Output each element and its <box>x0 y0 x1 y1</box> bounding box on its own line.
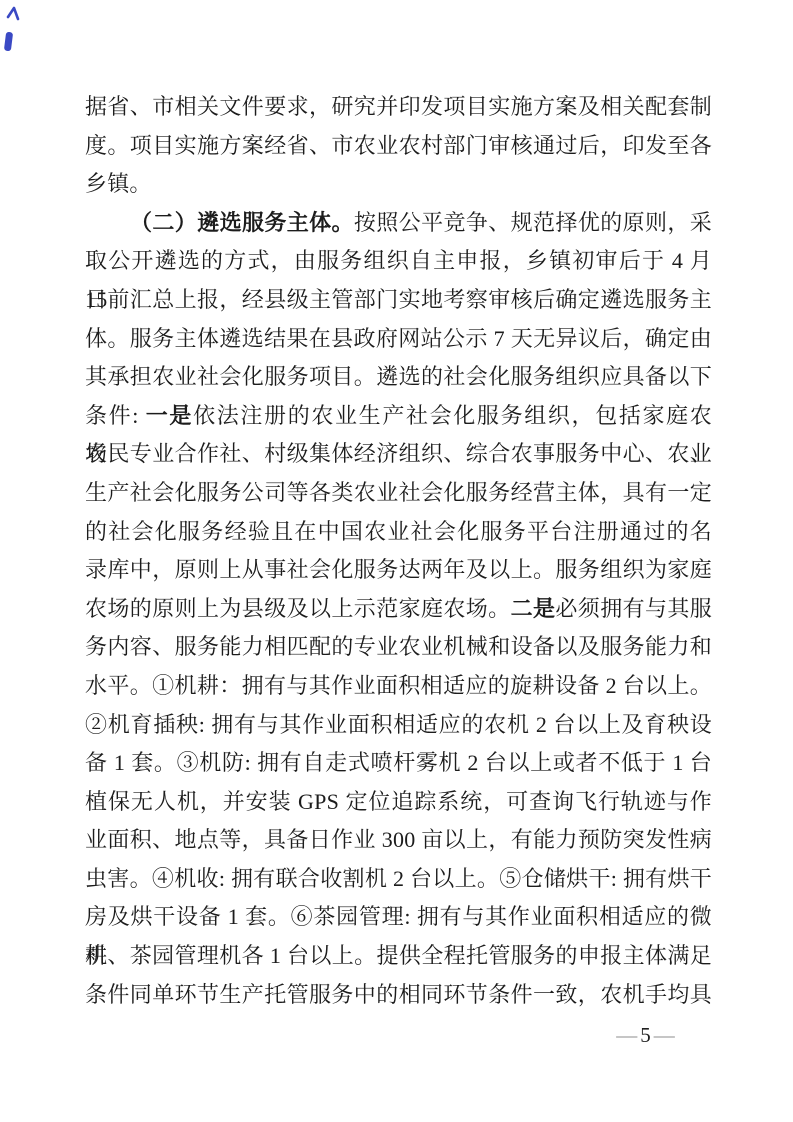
text-line: 条件同单环节生产托管服务中的相同环节条件一致，农机手均具 <box>85 976 712 1015</box>
text-segment: 机、茶园管理机各 1 台以上。提供全程托管服务的申报主体满足 <box>85 943 712 968</box>
text-line: 务内容、服务能力相匹配的专业农业机械和设备以及服务能力和 <box>85 628 712 667</box>
text-line: 度。项目实施方案经省、市农业农村部门审核通过后，印发至各 <box>85 127 712 166</box>
text-segment: 的社会化服务经验且在中国农业社会化服务平台注册通过的名 <box>85 519 712 544</box>
bold-text-segment: 一是 <box>146 403 193 428</box>
text-segment: 条件: <box>85 403 146 428</box>
text-line: 农场的原则上为县级及以上示范家庭农场。二是必须拥有与其服 <box>85 590 712 629</box>
text-line: 虫害。④机收: 拥有联合收割机 2 台以上。⑤仓储烘干: 拥有烘干 <box>85 860 712 899</box>
text-segment: ②机育插秧: 拥有与其作业面积相适应的农机 2 台以上及育秧设 <box>85 712 712 737</box>
page-number-value: 5 <box>638 1023 654 1047</box>
bold-text-segment: 二是 <box>511 596 556 621</box>
text-segment: 据省、市相关文件要求，研究并印发项目实施方案及相关配套制 <box>85 94 712 119</box>
text-segment: 农民专业合作社、村级集体经济组织、综合农事服务中心、农业 <box>85 441 712 466</box>
text-segment: 必须拥有与其服 <box>555 596 712 621</box>
text-segment: 水平。①机耕：拥有与其作业面积相适应的旋耕设备 2 台以上。 <box>85 673 712 698</box>
text-line: 的社会化服务经验且在中国农业社会化服务平台注册通过的名 <box>85 513 712 552</box>
text-segment: 务内容、服务能力相匹配的专业农业机械和设备以及服务能力和 <box>85 634 712 659</box>
blue-ink-mark-top <box>6 6 22 22</box>
text-segment: 虫害。④机收: 拥有联合收割机 2 台以上。⑤仓储烘干: 拥有烘干 <box>85 866 712 891</box>
blue-ink-mark-bottom <box>4 32 13 52</box>
text-line: 其承担农业社会化服务项目。遴选的社会化服务组织应具备以下 <box>85 358 712 397</box>
page-number-dash-right: — <box>654 1023 676 1047</box>
text-segment: 备 1 套。③机防: 拥有自走式喷杆雾机 2 台以上或者不低于 1 台 <box>85 750 712 775</box>
text-line: 机、茶园管理机各 1 台以上。提供全程托管服务的申报主体满足 <box>85 937 712 976</box>
text-segment: 业面积、地点等，具备日作业 300 亩以上，有能力预防突发性病 <box>85 827 712 852</box>
text-line: 据省、市相关文件要求，研究并印发项目实施方案及相关配套制 <box>85 88 712 127</box>
text-segment: 日前汇总上报，经县级主管部门实地考察审核后确定遴选服务主 <box>85 287 712 312</box>
bold-text-segment: （二）遴选服务主体。 <box>130 210 354 235</box>
text-line: 条件: 一是依法注册的农业生产社会化服务组织，包括家庭农场、 <box>85 397 712 436</box>
text-line: 体。服务主体遴选结果在县政府网站公示 7 天无异议后，确定由 <box>85 320 712 359</box>
text-segment: 生产社会化服务公司等各类农业社会化服务经营主体，具有一定 <box>85 480 712 505</box>
text-segment: 条件同单环节生产托管服务中的相同环节条件一致，农机手均具 <box>85 982 712 1007</box>
text-segment: 植保无人机，并安装 GPS 定位追踪系统，可查询飞行轨迹与作 <box>85 789 712 814</box>
text-line: ②机育插秧: 拥有与其作业面积相适应的农机 2 台以上及育秧设 <box>85 706 712 745</box>
text-segment: 按照公平竞争、规范择优的原则，采 <box>354 210 712 235</box>
text-line: 业面积、地点等，具备日作业 300 亩以上，有能力预防突发性病 <box>85 821 712 860</box>
text-line: 农民专业合作社、村级集体经济组织、综合农事服务中心、农业 <box>85 435 712 474</box>
text-line: 生产社会化服务公司等各类农业社会化服务经营主体，具有一定 <box>85 474 712 513</box>
text-line: （二）遴选服务主体。按照公平竞争、规范择优的原则，采 <box>85 204 712 243</box>
text-line: 乡镇。 <box>85 165 712 204</box>
text-segment: 度。项目实施方案经省、市农业农村部门审核通过后，印发至各 <box>85 133 712 158</box>
text-line: 水平。①机耕：拥有与其作业面积相适应的旋耕设备 2 台以上。 <box>85 667 712 706</box>
text-line: 日前汇总上报，经县级主管部门实地考察审核后确定遴选服务主 <box>85 281 712 320</box>
page-number: —5— <box>606 1022 686 1048</box>
text-segment: 录库中，原则上从事社会化服务达两年及以上。服务组织为家庭 <box>85 557 712 582</box>
page-number-dash-left: — <box>616 1023 638 1047</box>
text-line: 备 1 套。③机防: 拥有自走式喷杆雾机 2 台以上或者不低于 1 台 <box>85 744 712 783</box>
text-line: 取公开遴选的方式，由服务组织自主申报，乡镇初审后于 4 月 15 <box>85 242 712 281</box>
text-line: 录库中，原则上从事社会化服务达两年及以上。服务组织为家庭 <box>85 551 712 590</box>
text-segment: 农场的原则上为县级及以上示范家庭农场。 <box>85 596 511 621</box>
text-line: 房及烘干设备 1 套。⑥茶园管理: 拥有与其作业面积相适应的微耕 <box>85 898 712 937</box>
text-segment: 乡镇。 <box>85 171 152 196</box>
text-line: 植保无人机，并安装 GPS 定位追踪系统，可查询飞行轨迹与作 <box>85 783 712 822</box>
text-segment: 体。服务主体遴选结果在县政府网站公示 7 天无异议后，确定由 <box>85 326 712 351</box>
document-body: 据省、市相关文件要求，研究并印发项目实施方案及相关配套制度。项目实施方案经省、市… <box>85 88 712 1014</box>
document-page: 据省、市相关文件要求，研究并印发项目实施方案及相关配套制度。项目实施方案经省、市… <box>0 0 793 1122</box>
text-segment: 其承担农业社会化服务项目。遴选的社会化服务组织应具备以下 <box>85 364 712 389</box>
